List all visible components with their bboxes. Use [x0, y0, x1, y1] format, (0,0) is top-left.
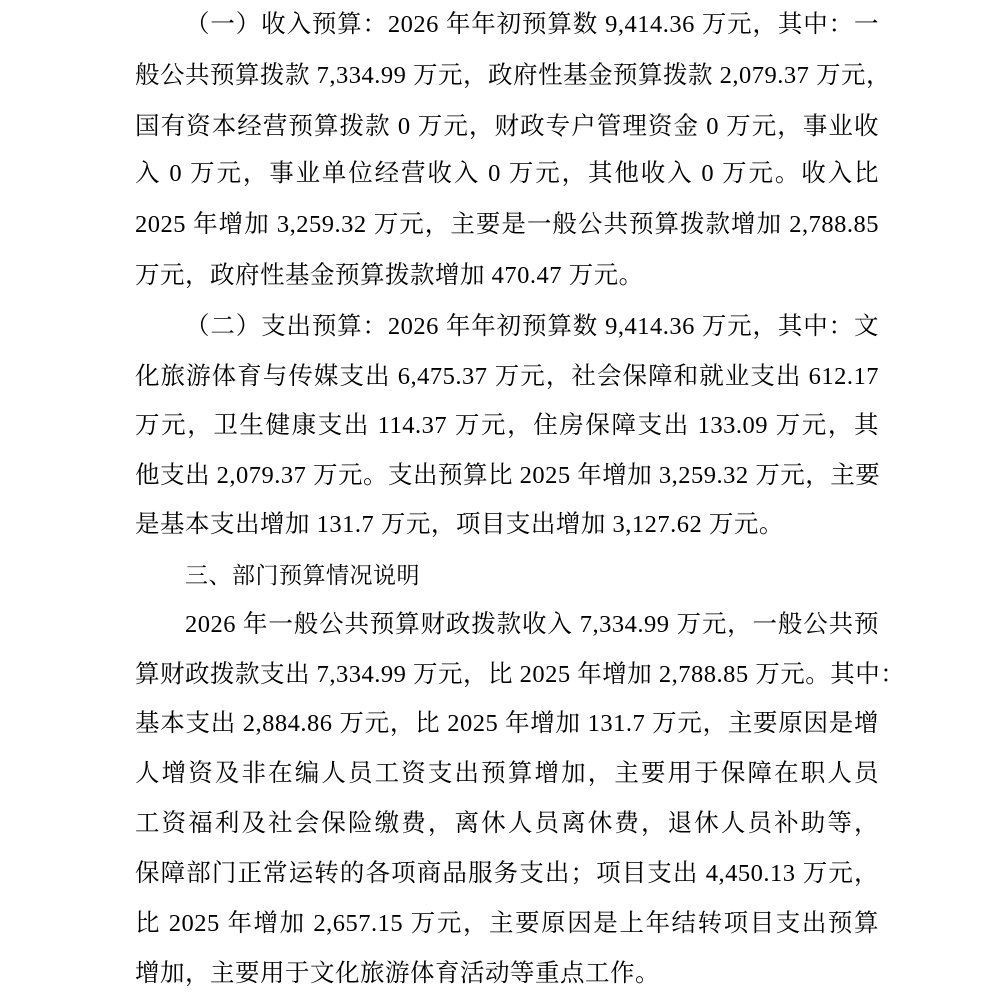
text-line: 保障部门正常运转的各项商品服务支出；项目支出 4,450.13 万元，: [135, 857, 879, 891]
text-line: 国有资本经营预算拨款 0 万元，财政专户管理资金 0 万元，事业收: [135, 110, 879, 144]
text-line: 万元，政府性基金预算拨款增加 470.47 万元。: [135, 259, 879, 293]
text-line: 2026 年一般公共预算财政拨款收入 7,334.99 万元，一般公共预: [185, 608, 879, 642]
text-line: 算财政拨款支出 7,334.99 万元，比 2025 年增加 2,788.85 …: [135, 658, 879, 692]
text-line: 比 2025 年增加 2,657.15 万元，主要原因是上年结转项目支出预算: [135, 907, 879, 941]
text-line: 万元，卫生健康支出 114.37 万元，住房保障支出 133.09 万元，其: [135, 409, 879, 443]
text-line: （二）支出预算：2026 年年初预算数 9,414.36 万元，其中：文: [185, 310, 879, 344]
text-line: 工资福利及社会保险缴费，离休人员离休费，退休人员补助等，: [135, 807, 879, 841]
text-line: 入 0 万元，事业单位经营收入 0 万元，其他收入 0 万元。收入比: [135, 157, 879, 191]
text-line: （一）收入预算：2026 年年初预算数 9,414.36 万元，其中：一: [185, 8, 879, 42]
text-line: 增加，主要用于文化旅游体育活动等重点工作。: [135, 957, 879, 991]
text-line: 2025 年增加 3,259.32 万元，主要是一般公共预算拨款增加 2,788…: [135, 208, 879, 242]
section-heading: 三、部门预算情况说明: [185, 559, 420, 593]
text-line: 他支出 2,079.37 万元。支出预算比 2025 年增加 3,259.32 …: [135, 459, 879, 493]
text-line: 化旅游体育与传媒支出 6,475.37 万元，社会保障和就业支出 612.17: [135, 360, 879, 394]
text-line: 人增资及非在编人员工资支出预算增加，主要用于保障在职人员: [135, 757, 879, 791]
text-line: 般公共预算拨款 7,334.99 万元，政府性基金预算拨款 2,079.37 万…: [135, 59, 879, 93]
text-line: 基本支出 2,884.86 万元，比 2025 年增加 131.7 万元，主要原…: [135, 707, 879, 741]
text-line: 是基本支出增加 131.7 万元，项目支出增加 3,127.62 万元。: [135, 508, 879, 542]
